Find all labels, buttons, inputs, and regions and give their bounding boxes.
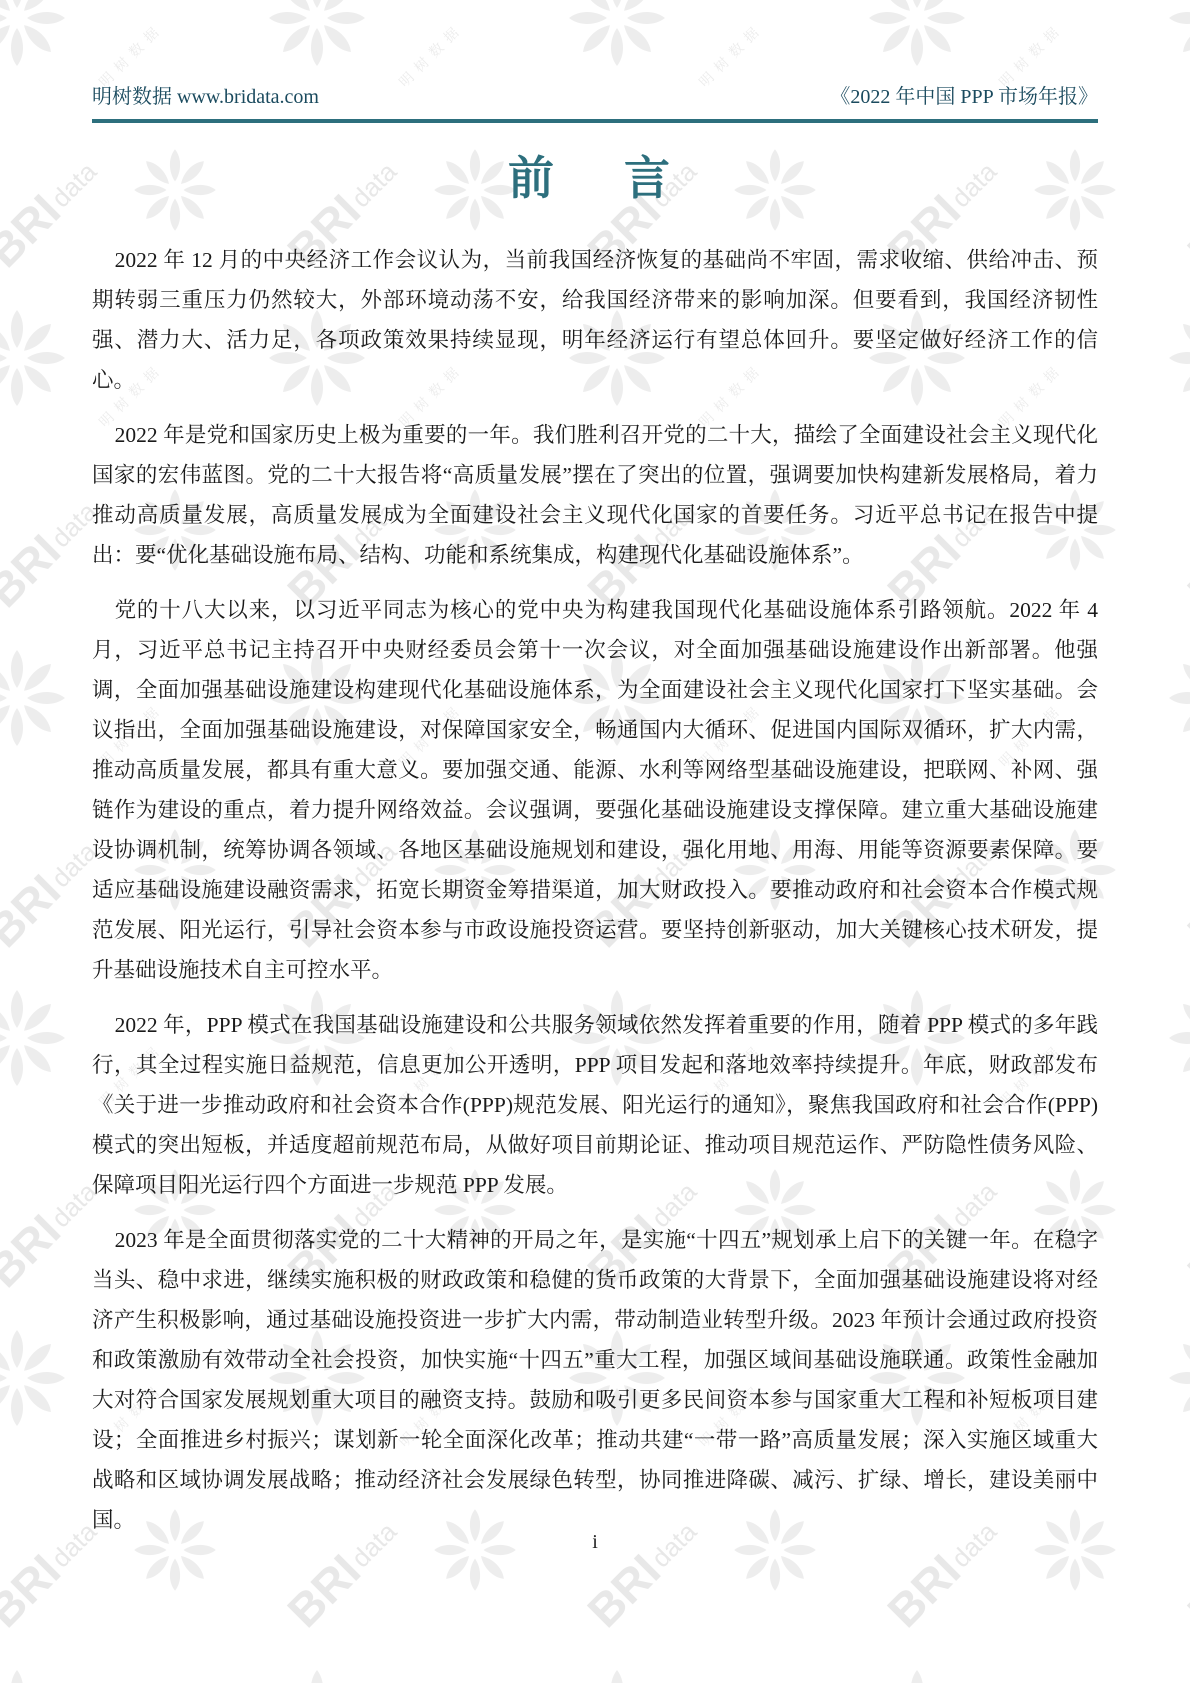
paragraph: 2022 年 12 月的中央经济工作会议认为，当前我国经济恢复的基础尚不牢固，需… xyxy=(92,240,1098,400)
header-left-text: 明树数据 www.bridata.com xyxy=(92,86,319,108)
header-right-text: 《2022 年中国 PPP 市场年报》 xyxy=(830,86,1098,108)
page-header: 明树数据 www.bridata.com 《2022 年中国 PPP 市场年报》 xyxy=(92,0,1098,108)
page-number: i xyxy=(0,1531,1190,1554)
header-rule xyxy=(92,119,1098,123)
body-text: 2022 年 12 月的中央经济工作会议认为，当前我国经济恢复的基础尚不牢固，需… xyxy=(92,240,1098,1540)
page-title: 前 言 xyxy=(92,151,1098,206)
page: 明树数据 BRIdata xyxy=(0,0,1190,1683)
paragraph: 党的十八大以来，以习近平同志为核心的党中央为构建我国现代化基础设施体系引路领航。… xyxy=(92,590,1098,990)
page-content: 明树数据 www.bridata.com 《2022 年中国 PPP 市场年报》… xyxy=(0,0,1190,1540)
paragraph: 2022 年是党和国家历史上极为重要的一年。我们胜利召开党的二十大，描绘了全面建… xyxy=(92,415,1098,575)
paragraph: 2023 年是全面贯彻落实党的二十大精神的开局之年，是实施“十四五”规划承上启下… xyxy=(92,1220,1098,1540)
paragraph: 2022 年，PPP 模式在我国基础设施建设和公共服务领域依然发挥着重要的作用，… xyxy=(92,1005,1098,1205)
